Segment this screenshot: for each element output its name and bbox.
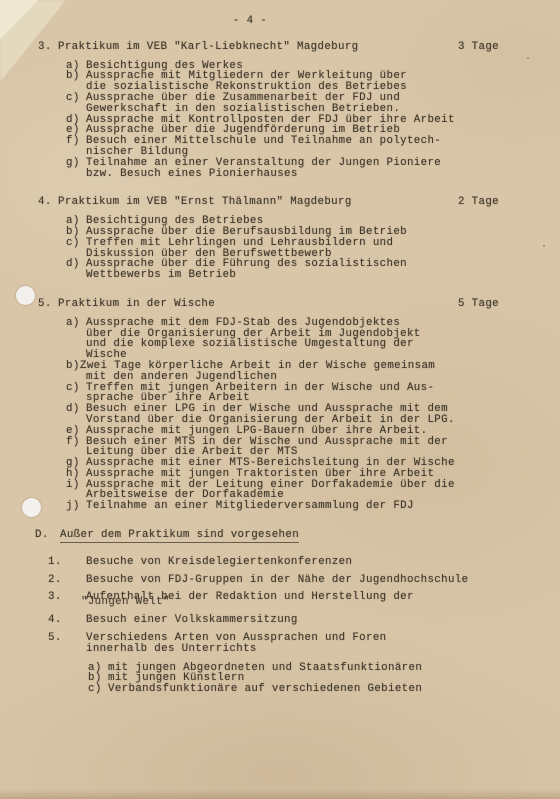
point-label: b) [66,361,80,372]
point-line: Teilnahme an einer Mitgliederversammlung… [86,501,536,512]
item-title: Praktikum im VEB "Karl-Liebknecht" Magde… [58,41,358,53]
section-d-item: 1.Besuche von Kreisdelegiertenkonferenze… [35,557,536,568]
item-duration: 5 Tage [458,299,499,310]
point-lines: Aussprache mit jungen LPG-Bauern über ih… [86,426,536,437]
point-lines: Treffen mit Lehrlingen und Lehrausbilder… [86,238,536,260]
point-label: a) [66,318,80,329]
practicum-point: b)Aussprache mit Mitgliedern der Werklei… [66,71,536,93]
document-page: - 4 - 3.Praktikum im VEB "Karl-Liebknech… [0,0,560,799]
practicum-point: d)Aussprache über die Führung des sozial… [66,259,536,281]
point-line: Teilnahme an einer Veranstaltung der Jun… [86,158,536,169]
practicum-point: a)Aussprache mit dem FDJ-Stab des Jugend… [66,318,536,361]
point-lines: Zwei Tage körperliche Arbeit in der Wisc… [80,361,536,383]
point-lines: Teilnahme an einer Veranstaltung der Jun… [86,158,536,180]
subpoint-line: Verbandsfunktionäre auf verschiedenen Ge… [108,684,536,695]
point-label: d) [66,259,80,270]
practicum-point: c)Treffen mit jungen Arbeitern in der Wi… [66,383,536,405]
item-number: 4. [48,615,62,626]
point-lines: Besuch einer Mittelschule und Teilnahme … [86,136,536,158]
practicum-point: d)Besuch einer LPG in der Wische und Aus… [66,404,536,426]
point-label: e) [66,426,80,437]
section-d-item: 2.Besuche von FDJ-Gruppen in der Nähe de… [35,575,536,586]
item-duration: 2 Tage [458,197,499,208]
practicum-item-header: 5.Praktikum in der Wische5 Tage [38,299,536,310]
section-d-item: 3.Aufenthalt bei der Redaktion und Herst… [35,592,536,603]
item-number: 5. [48,633,62,644]
point-lines: Aussprache mit dem FDJ-Stab des Jugendob… [86,318,536,361]
item-points: a)Besichtigung des Werkesb)Aussprache mi… [66,61,536,180]
item-duration: 3 Tage [458,42,499,53]
scan-bottom-edge [0,789,560,799]
item-number: 5. [38,299,58,310]
section-d-items: 1.Besuche von Kreisdelegiertenkonferenze… [35,557,536,655]
section-d-item: 5.Verschiedens Arten von Aussprachen und… [35,633,536,655]
item-line: Besuch einer Volkskammersitzung [86,615,536,626]
item-points: a)Aussprache mit dem FDJ-Stab des Jugend… [66,318,536,512]
practicum-item-header: 3.Praktikum im VEB "Karl-Liebknecht" Mag… [38,42,536,53]
overtype-text: "Jungen Welt" [81,597,170,608]
point-label: d) [66,404,80,415]
section-d: D. Außer dem Praktikum sind vorgesehen 1… [35,530,536,695]
practicum-point: b)Zwei Tage körperliche Arbeit in der Wi… [66,361,536,383]
point-lines: Aussprache über die Führung des sozialis… [86,259,536,281]
section-d-header: D. Außer dem Praktikum sind vorgesehen [35,530,536,543]
item-line: innerhalb des Unterrichts [86,644,536,655]
section-letter: D. [35,530,49,541]
point-label: j) [66,501,80,512]
item-points: a)Besichtigung des Betriebesb)Aussprache… [66,216,536,281]
item-number: 1. [48,557,62,568]
practicum-point: c)Aussprache über die Zusammenarbeit der… [66,93,536,115]
page-number: - 4 - [35,16,465,27]
item-title: Praktikum im VEB "Ernst Thälmann" Magdeb… [58,196,352,208]
point-line: mit den anderen Jugendlichen [86,372,536,383]
practicum-item: 5.Praktikum in der Wische5 Tagea)Ausspra… [35,299,536,512]
practicum-item-header: 4.Praktikum im VEB "Ernst Thälmann" Magd… [38,197,536,208]
point-lines: Besuch einer LPG in der Wische und Aussp… [86,404,536,426]
item-number: 3. [38,42,58,53]
practicum-item: 3.Praktikum im VEB "Karl-Liebknecht" Mag… [35,42,536,180]
point-label: c) [66,93,80,104]
point-label: c) [66,383,80,394]
point-lines: Teilnahme an einer Mitgliederversammlung… [86,501,536,512]
point-lines: Besuch einer MTS in der Wische und Aussp… [86,437,536,459]
item-number: 3. [48,592,62,603]
practicum-point: f)Besuch einer Mittelschule und Teilnahm… [66,136,536,158]
point-line: Treffen mit Lehrlingen und Lehrausbilder… [86,238,536,249]
point-lines: Treffen mit jungen Arbeitern in der Wisc… [86,383,536,405]
practicum-point: f)Besuch einer MTS in der Wische und Aus… [66,437,536,459]
practicum-point: e)Aussprache mit jungen LPG-Bauern über … [66,426,536,437]
practicum-point: c)Treffen mit Lehrlingen und Lehrausbild… [66,238,536,260]
practicum-item: 4.Praktikum im VEB "Ernst Thälmann" Magd… [35,197,536,281]
point-line: Gewerkschaft in den sozialistischen Betr… [86,104,536,115]
section-heading: Außer dem Praktikum sind vorgesehen [60,530,299,543]
point-line: Aussprache mit jungen LPG-Bauern über ih… [86,426,536,437]
practicum-point: g)Teilnahme an einer Veranstaltung der J… [66,158,536,180]
point-lines: Aussprache mit der Leitung einer Dorfaka… [86,480,536,502]
point-lines: Aussprache über die Zusammenarbeit der F… [86,93,536,115]
item-number: 4. [38,197,58,208]
point-label: f) [66,437,80,448]
point-line: bzw. Besuch eines Pionierhauses [86,169,536,180]
point-line: Aussprache mit dem FDJ-Stab des Jugendob… [86,318,536,329]
subpoint-label: c) [88,684,102,695]
point-label: b) [66,71,80,82]
item-number: 2. [48,575,62,586]
item-line: Besuche von FDJ-Gruppen in der Nähe der … [86,575,536,586]
item-title: Praktikum in der Wische [58,298,215,310]
practicum-list: 3.Praktikum im VEB "Karl-Liebknecht" Mag… [35,42,536,512]
section-d-subpoint: c)Verbandsfunktionäre auf verschiedenen … [35,684,536,695]
point-label: f) [66,136,80,147]
point-line: Wettbewerbs im Betrieb [86,270,536,281]
point-lines: Aussprache mit Mitgliedern der Werkleitu… [86,71,536,93]
point-label: c) [66,238,80,249]
point-label: g) [66,158,80,169]
section-d-subpoints: a)mit jungen Abgeordneten und Staatsfunk… [35,663,536,695]
section-d-item: 4.Besuch einer Volkskammersitzung [35,615,536,626]
point-line: und die komplexe sozialistische Umgestal… [86,339,536,350]
practicum-point: j)Teilnahme an einer Mitgliederversammlu… [66,501,536,512]
item-line: Besuche von Kreisdelegiertenkonferenzen [86,557,536,568]
point-label: i) [66,480,80,491]
practicum-point: i)Aussprache mit der Leitung einer Dorfa… [66,480,536,502]
page-content: - 4 - 3.Praktikum im VEB "Karl-Liebknech… [0,0,560,695]
